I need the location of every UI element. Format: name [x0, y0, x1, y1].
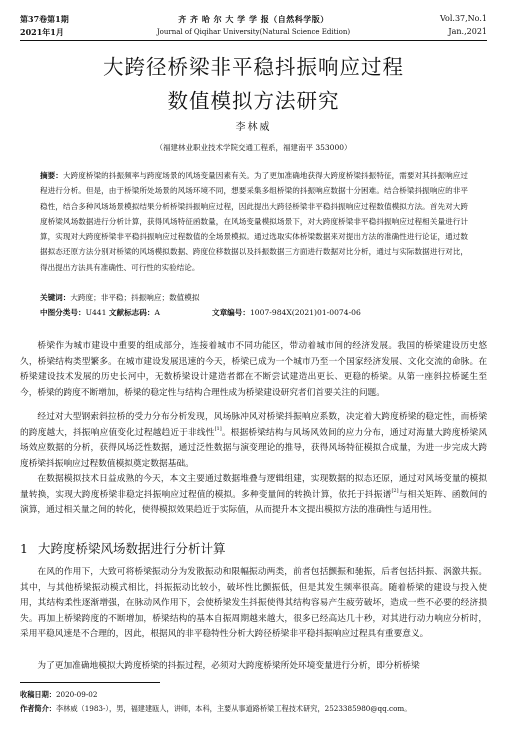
section-number: 1	[20, 541, 28, 556]
journal-page: 第37卷第1期 2021年1月 齐 齐 哈 尔 大 学 学 报（自然科学版） J…	[0, 0, 507, 733]
header-journal-en: Journal of Qiqihar University(Natural Sc…	[0, 27, 507, 37]
article-number-value: 1007-984X(2021)01-0074-06	[250, 308, 361, 317]
body-paragraph-5: 为了更加准确地模拟大跨度桥梁的抖振过程，必须对大跨度桥梁所处环境变量进行分析，即…	[20, 659, 487, 675]
abstract: 摘要：大跨度桥梁的抖振频率与跨度场景的风场变量因素有关。为了更加准确地获得大跨度…	[40, 168, 468, 275]
clc-value: U441	[86, 308, 107, 317]
doc-code-value: A	[154, 308, 159, 317]
received-label: 收稿日期：	[20, 690, 56, 699]
body-paragraph-1: 桥梁作为城市建设中重要的组成部分，连接着城市不同功能区，带动着城市间的经济发展。…	[20, 339, 487, 401]
abstract-text: 大跨度桥梁的抖振频率与跨度场景的风场变量因素有关。为了更加准确地获得大跨度桥梁抖…	[40, 171, 468, 272]
article-affiliation: （福建林业职业技术学院交通工程系，福建南平 353000）	[0, 142, 507, 153]
header-date-en: Jan.,2021	[448, 27, 487, 37]
header-journal-cn: 齐 齐 哈 尔 大 学 学 报（自然科学版）	[0, 14, 507, 24]
citation-ref-1[interactable]: [1]	[215, 426, 222, 432]
footnote-author-bio: 作者简介：李林威（1983-），男，福建建瓯人，讲师，本科，主要从事道路桥梁工程…	[20, 704, 411, 714]
footnote-received: 收稿日期：2020-09-02	[20, 690, 97, 700]
bio-label: 作者简介：	[20, 704, 56, 713]
citation-ref-2[interactable]: [2]	[391, 488, 398, 494]
classification-line: 中图分类号：U441 文献标志码：A 文章编号：1007-984X(2021)0…	[40, 308, 160, 318]
clc-label: 中图分类号：	[40, 308, 86, 317]
section-title: 大跨度桥梁风场数据进行分析计算	[38, 541, 226, 556]
body-paragraph-4: 在风的作用下，大致可将桥梁振动分为发散振动和限幅振动两类，前者包括颤振和驰振，后…	[20, 565, 487, 643]
abstract-label: 摘要：	[40, 171, 63, 180]
article-author: 李林威	[0, 118, 507, 133]
header-vol-en: Vol.37,No.1	[440, 14, 487, 24]
received-date: 2020-09-02	[56, 690, 97, 699]
article-number-label: 文章编号：	[212, 308, 250, 317]
article-title-line2: 数值模拟方法研究	[0, 88, 507, 114]
article-title-line1: 大跨径桥梁非平稳抖振响应过程	[0, 54, 507, 80]
header-rule	[20, 40, 487, 41]
section-heading-1: 1大跨度桥梁风场数据进行分析计算	[20, 541, 225, 557]
keywords-text: 大跨度；非平稳；抖振响应；数值模拟	[70, 293, 199, 302]
doc-code-label: 文献标志码：	[109, 308, 155, 317]
keywords-label: 关键词：	[40, 293, 70, 302]
bio-text: 李林威（1983-），男，福建建瓯人，讲师，本科，主要从事道路桥梁工程技术研究，…	[56, 704, 411, 713]
keywords: 关键词：大跨度；非平稳；抖振响应；数值模拟	[40, 293, 199, 303]
footnote-rule	[20, 682, 160, 683]
body-paragraph-2: 经过对大型钢索斜拉桥的受力分布分析发现，风场脉冲风对桥梁抖振响应系数，决定着大跨…	[20, 410, 487, 472]
article-number: 文章编号：1007-984X(2021)01-0074-06	[212, 308, 361, 318]
body-paragraph-3: 在数据模拟技术日益成熟的今天，本文主要通过数据堆叠与逻辑组建，实现数据的拟态还原…	[20, 472, 487, 519]
